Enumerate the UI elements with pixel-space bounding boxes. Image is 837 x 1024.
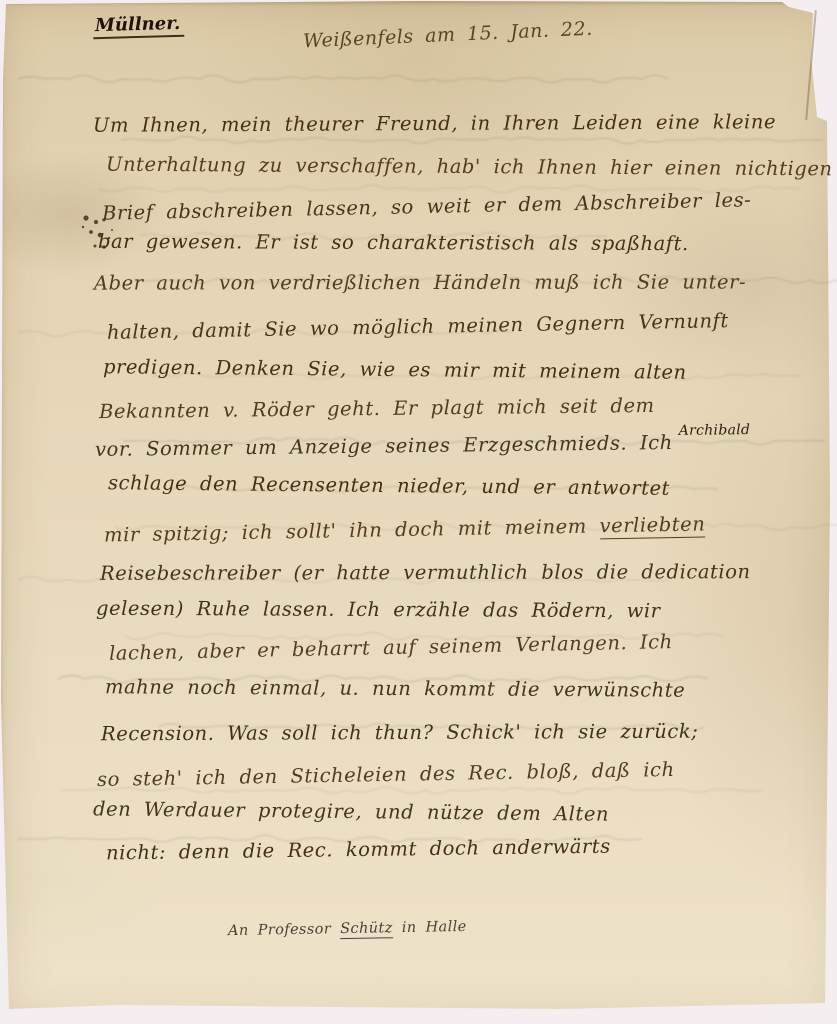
letter-line: Aber auch von verdrießlichen Händeln muß… bbox=[94, 271, 746, 295]
interlinear-insertion: Archibald bbox=[679, 422, 751, 439]
letter-line: Um Ihnen, mein theurer Freund, in Ihren … bbox=[93, 110, 776, 137]
archival-name-note: Müllner. bbox=[93, 13, 185, 39]
letter-line: mahne noch einmal, u. nun kommt die verw… bbox=[105, 675, 685, 701]
address-prefix: An Professor bbox=[228, 921, 340, 939]
letter-line: Recension. Was soll ich thun? Schick' ic… bbox=[101, 720, 698, 746]
address-suffix: in Halle bbox=[393, 919, 467, 936]
letter-line: Reisebeschreiber (er hatte vermuthlich b… bbox=[100, 560, 751, 585]
underlined-word: verliebten bbox=[599, 513, 705, 540]
letter-line: bar gewesen. Er ist so charakteristisch … bbox=[98, 230, 689, 255]
letter-line: gelesen) Ruhe lassen. Ich erzähle das Rö… bbox=[96, 597, 661, 623]
letter-scan: Müllner. Weißenfels am 15. Jan. 22. Um I… bbox=[0, 0, 837, 1024]
address-recipient-name: Schütz bbox=[340, 920, 393, 939]
